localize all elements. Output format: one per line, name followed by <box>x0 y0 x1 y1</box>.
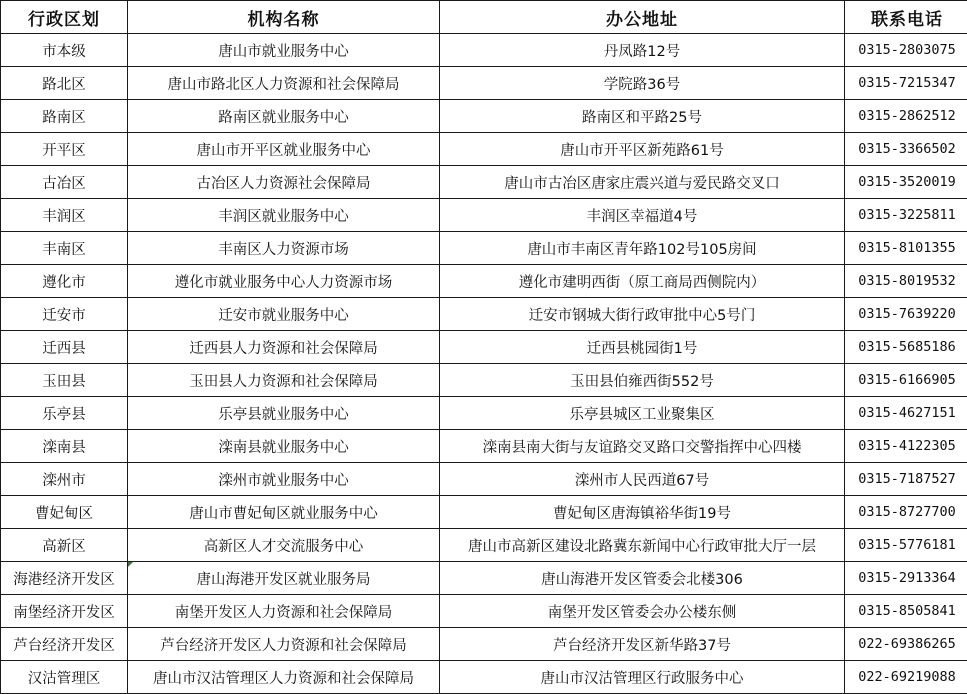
table-row: 高新区 高新区人才交流服务中心 唐山市高新区建设北路冀东新闻中心行政审批大厅一层… <box>1 529 967 562</box>
table-row: 遵化市 遵化市就业服务中心人力资源市场 遵化市建明西街（原工商局西侧院内） 03… <box>1 265 967 298</box>
cell-address: 丰润区幸福道4号 <box>440 199 845 232</box>
cell-region: 丰南区 <box>1 232 128 265</box>
cell-phone: 022-69386265 <box>845 628 967 661</box>
cell-phone: 0315-7639220 <box>845 298 967 331</box>
cell-org: 乐亭县就业服务中心 <box>128 397 440 430</box>
header-org: 机构名称 <box>128 1 440 34</box>
cell-region: 滦州市 <box>1 463 128 496</box>
table-row: 乐亭县 乐亭县就业服务中心 乐亭县城区工业聚集区 0315-4627151 <box>1 397 967 430</box>
cell-phone: 0315-5776181 <box>845 529 967 562</box>
cell-phone: 0315-4122305 <box>845 430 967 463</box>
cell-address: 芦台经济开发区新华路37号 <box>440 628 845 661</box>
cell-address: 玉田县伯雍西街552号 <box>440 364 845 397</box>
cell-region: 高新区 <box>1 529 128 562</box>
cell-region: 路北区 <box>1 67 128 100</box>
cell-org: 迁西县人力资源和社会保障局 <box>128 331 440 364</box>
cell-region: 乐亭县 <box>1 397 128 430</box>
cell-region: 芦台经济开发区 <box>1 628 128 661</box>
cell-address: 迁安市钢城大街行政审批中心5号门 <box>440 298 845 331</box>
cell-org: 唐山市曹妃甸区就业服务中心 <box>128 496 440 529</box>
cell-address: 唐山海港开发区管委会北楼306 <box>440 562 845 595</box>
table-row: 芦台经济开发区 芦台经济开发区人力资源和社会保障局 芦台经济开发区新华路37号 … <box>1 628 967 661</box>
cell-org: 南堡开发区人力资源和社会保障局 <box>128 595 440 628</box>
cell-region: 迁安市 <box>1 298 128 331</box>
table-row: 迁西县 迁西县人力资源和社会保障局 迁西县桃园街1号 0315-5685186 <box>1 331 967 364</box>
cell-org: 古冶区人力资源社会保障局 <box>128 166 440 199</box>
cell-phone: 0315-6166905 <box>845 364 967 397</box>
cell-phone: 0315-8505841 <box>845 595 967 628</box>
cell-region: 海港经济开发区 <box>1 562 128 595</box>
cell-address: 唐山市开平区新苑路61号 <box>440 133 845 166</box>
cell-org: 遵化市就业服务中心人力资源市场 <box>128 265 440 298</box>
cell-org: 滦州市就业服务中心 <box>128 463 440 496</box>
cell-org: 芦台经济开发区人力资源和社会保障局 <box>128 628 440 661</box>
cell-org: 唐山市就业服务中心 <box>128 34 440 67</box>
cell-phone: 0315-5685186 <box>845 331 967 364</box>
cell-comment-marker-icon <box>128 562 133 567</box>
cell-region: 迁西县 <box>1 331 128 364</box>
header-address: 办公地址 <box>440 1 845 34</box>
cell-region: 市本级 <box>1 34 128 67</box>
cell-phone: 0315-7215347 <box>845 67 967 100</box>
cell-phone: 0315-8727700 <box>845 496 967 529</box>
cell-address: 唐山市丰南区青年路102号105房间 <box>440 232 845 265</box>
cell-phone: 0315-8101355 <box>845 232 967 265</box>
table-row: 路南区 路南区就业服务中心 路南区和平路25号 0315-2862512 <box>1 100 967 133</box>
cell-region: 丰润区 <box>1 199 128 232</box>
cell-org: 唐山市开平区就业服务中心 <box>128 133 440 166</box>
cell-address: 南堡开发区管委会办公楼东侧 <box>440 595 845 628</box>
cell-address: 学院路36号 <box>440 67 845 100</box>
cell-address: 唐山市高新区建设北路冀东新闻中心行政审批大厅一层 <box>440 529 845 562</box>
header-phone: 联系电话 <box>845 1 967 34</box>
cell-address: 唐山市古冶区唐家庄震兴道与爱民路交叉口 <box>440 166 845 199</box>
table-row: 开平区 唐山市开平区就业服务中心 唐山市开平区新苑路61号 0315-33665… <box>1 133 967 166</box>
cell-org: 丰南区人力资源市场 <box>128 232 440 265</box>
cell-region: 玉田县 <box>1 364 128 397</box>
cell-phone: 022-69219088 <box>845 661 967 694</box>
table-row: 滦南县 滦南县就业服务中心 滦南县南大街与友谊路交叉路口交警指挥中心四楼 031… <box>1 430 967 463</box>
cell-address: 丹凤路12号 <box>440 34 845 67</box>
cell-phone: 0315-2803075 <box>845 34 967 67</box>
cell-region: 滦南县 <box>1 430 128 463</box>
cell-org: 唐山市路北区人力资源和社会保障局 <box>128 67 440 100</box>
cell-phone: 0315-3366502 <box>845 133 967 166</box>
table-row: 海港经济开发区 唐山海港开发区就业服务局 唐山海港开发区管委会北楼306 031… <box>1 562 967 595</box>
cell-org: 玉田县人力资源和社会保障局 <box>128 364 440 397</box>
cell-address: 遵化市建明西街（原工商局西侧院内） <box>440 265 845 298</box>
cell-phone: 0315-7187527 <box>845 463 967 496</box>
employment-service-contacts-table: 行政区划 机构名称 办公地址 联系电话 市本级 唐山市就业服务中心 丹凤路12号… <box>0 0 967 694</box>
cell-region: 遵化市 <box>1 265 128 298</box>
header-region: 行政区划 <box>1 1 128 34</box>
table-row: 玉田县 玉田县人力资源和社会保障局 玉田县伯雍西街552号 0315-61669… <box>1 364 967 397</box>
cell-phone: 0315-4627151 <box>845 397 967 430</box>
table-row: 汉沽管理区 唐山市汉沽管理区人力资源和社会保障局 唐山市汉沽管理区行政服务中心 … <box>1 661 967 694</box>
cell-phone: 0315-3225811 <box>845 199 967 232</box>
cell-org: 迁安市就业服务中心 <box>128 298 440 331</box>
cell-address: 路南区和平路25号 <box>440 100 845 133</box>
cell-phone: 0315-2862512 <box>845 100 967 133</box>
cell-region: 路南区 <box>1 100 128 133</box>
cell-org: 滦南县就业服务中心 <box>128 430 440 463</box>
cell-address: 滦南县南大街与友谊路交叉路口交警指挥中心四楼 <box>440 430 845 463</box>
cell-region: 曹妃甸区 <box>1 496 128 529</box>
cell-phone: 0315-8019532 <box>845 265 967 298</box>
cell-org: 丰润区就业服务中心 <box>128 199 440 232</box>
cell-region: 南堡经济开发区 <box>1 595 128 628</box>
table-row: 丰润区 丰润区就业服务中心 丰润区幸福道4号 0315-3225811 <box>1 199 967 232</box>
cell-address: 唐山市汉沽管理区行政服务中心 <box>440 661 845 694</box>
cell-region: 开平区 <box>1 133 128 166</box>
table-row: 古冶区 古冶区人力资源社会保障局 唐山市古冶区唐家庄震兴道与爱民路交叉口 031… <box>1 166 967 199</box>
table-row: 滦州市 滦州市就业服务中心 滦州市人民西道67号 0315-7187527 <box>1 463 967 496</box>
cell-address: 曹妃甸区唐海镇裕华街19号 <box>440 496 845 529</box>
table-row: 南堡经济开发区 南堡开发区人力资源和社会保障局 南堡开发区管委会办公楼东侧 03… <box>1 595 967 628</box>
cell-phone: 0315-3520019 <box>845 166 967 199</box>
table-row: 路北区 唐山市路北区人力资源和社会保障局 学院路36号 0315-7215347 <box>1 67 967 100</box>
cell-address: 滦州市人民西道67号 <box>440 463 845 496</box>
table-row: 市本级 唐山市就业服务中心 丹凤路12号 0315-2803075 <box>1 34 967 67</box>
table-row: 迁安市 迁安市就业服务中心 迁安市钢城大街行政审批中心5号门 0315-7639… <box>1 298 967 331</box>
table-row: 曹妃甸区 唐山市曹妃甸区就业服务中心 曹妃甸区唐海镇裕华街19号 0315-87… <box>1 496 967 529</box>
cell-address: 乐亭县城区工业聚集区 <box>440 397 845 430</box>
cell-org: 高新区人才交流服务中心 <box>128 529 440 562</box>
cell-org: 唐山市汉沽管理区人力资源和社会保障局 <box>128 661 440 694</box>
cell-org: 唐山海港开发区就业服务局 <box>128 562 440 595</box>
cell-region: 汉沽管理区 <box>1 661 128 694</box>
cell-address: 迁西县桃园街1号 <box>440 331 845 364</box>
cell-org: 路南区就业服务中心 <box>128 100 440 133</box>
cell-phone: 0315-2913364 <box>845 562 967 595</box>
header-row: 行政区划 机构名称 办公地址 联系电话 <box>1 1 967 34</box>
table-row: 丰南区 丰南区人力资源市场 唐山市丰南区青年路102号105房间 0315-81… <box>1 232 967 265</box>
cell-region: 古冶区 <box>1 166 128 199</box>
